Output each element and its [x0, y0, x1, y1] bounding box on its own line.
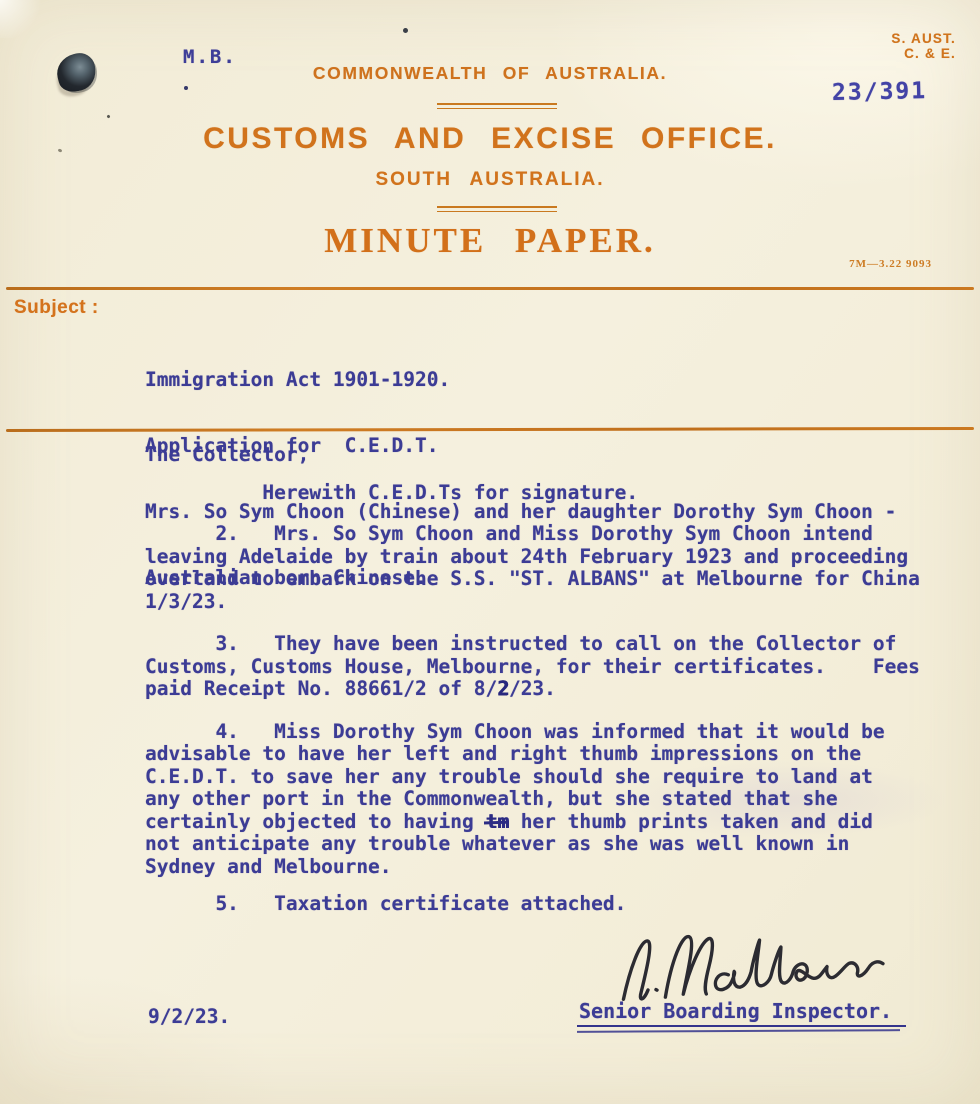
state-code-line1: S. AUST. [891, 31, 956, 46]
overtyped-character: 2 [497, 677, 509, 700]
typed-line: leaving Adelaide by train about 24th Feb… [145, 546, 920, 569]
typed-text: 1/3/23. [145, 590, 227, 613]
typed-text: her thumb prints taken and did [509, 810, 873, 833]
paper-corner-wear [0, 0, 46, 38]
signature-title: Senior Boarding Inspector. [577, 999, 906, 1027]
office-title: CUSTOMS AND EXCISE OFFICE. [0, 122, 980, 156]
typed-text: Customs, Customs House, Melbourne, for t… [145, 655, 920, 678]
subject-label: Subject : [14, 297, 99, 319]
typed-line: any other port in the Commonwealth, but … [145, 788, 920, 811]
typed-text: C.E.D.T. to save her any trouble should … [145, 765, 873, 788]
typed-line: paid Receipt No. 88661/2 of 8/2/23. [145, 678, 920, 701]
typed-text: 5. Taxation certificate attached. [145, 892, 626, 915]
document-title: MINUTE PAPER. [0, 221, 980, 261]
typed-line: 1/3/23. [145, 591, 920, 614]
typed-text: advisable to have her left and right thu… [145, 742, 861, 765]
typed-line: advisable to have her left and right thu… [145, 743, 920, 766]
paper-speck [184, 86, 188, 90]
paragraph: 5. Taxation certificate attached. [145, 893, 920, 916]
typed-line: The Collector, [145, 444, 920, 467]
typed-line: 5. Taxation certificate attached. [145, 893, 920, 916]
subject-line: Immigration Act 1901-1920. [145, 369, 896, 391]
office-subtitle: SOUTH AUSTRALIA. [0, 169, 980, 191]
typed-line: overland to embark on the S.S. "ST. ALBA… [145, 568, 920, 591]
ornamental-divider [437, 103, 557, 109]
typed-text: overland to embark on the S.S. "ST. ALBA… [145, 567, 920, 590]
date-line: 9/2/23. [148, 1005, 230, 1028]
ornamental-divider [437, 206, 557, 212]
typed-text: Sydney and Melbourne. [145, 855, 392, 878]
typed-line: 3. They have been instructed to call on … [145, 633, 920, 656]
typed-line: 4. Miss Dorothy Sym Choon was informed t… [145, 721, 920, 744]
typed-text: paid Receipt No. 88661/2 of 8/ [145, 677, 497, 700]
typed-text: any other port in the Commonwealth, but … [145, 787, 838, 810]
typed-text: The Collector, [145, 443, 309, 466]
typed-text: not anticipate any trouble whatever as s… [145, 832, 849, 855]
typed-line: Sydney and Melbourne. [145, 856, 920, 879]
typed-text: leaving Adelaide by train about 24th Feb… [145, 545, 908, 568]
paragraph: 3. They have been instructed to call on … [145, 633, 920, 701]
typed-line: certainly objected to having tm her thum… [145, 811, 920, 834]
typed-text: Herewith C.E.D.Ts for signature. [145, 481, 638, 504]
typed-text: /23. [509, 677, 556, 700]
file-number: 23/391 [832, 78, 928, 106]
paragraph: 2. Mrs. So Sym Choon and Miss Dorothy Sy… [145, 523, 920, 613]
paper-speck [106, 114, 110, 118]
typed-text: 2. Mrs. So Sym Choon and Miss Dorothy Sy… [145, 522, 873, 545]
strikethrough-correction: tm [485, 810, 508, 833]
typed-line: C.E.D.T. to save her any trouble should … [145, 766, 920, 789]
typed-text: certainly objected to having [145, 810, 485, 833]
typed-text: 4. Miss Dorothy Sym Choon was informed t… [145, 720, 885, 743]
typed-text: 3. They have been instructed to call on … [145, 632, 896, 655]
paragraph: The Collector, [145, 444, 920, 467]
form-print-code: 7M—3.22 9093 [849, 258, 932, 270]
paper-speck [403, 28, 408, 33]
paragraph: Herewith C.E.D.Ts for signature. [145, 482, 920, 505]
typed-line: not anticipate any trouble whatever as s… [145, 833, 920, 856]
horizontal-rule [6, 287, 974, 290]
minute-paper-document: M.B. S. AUST. C. & E. COMMONWEALTH OF AU… [0, 0, 980, 1104]
paragraph: 4. Miss Dorothy Sym Choon was informed t… [145, 721, 920, 879]
typed-line: 2. Mrs. So Sym Choon and Miss Dorothy Sy… [145, 523, 920, 546]
state-office-code: S. AUST. C. & E. [891, 31, 956, 61]
typed-line: Customs, Customs House, Melbourne, for t… [145, 656, 920, 679]
state-code-line2: C. & E. [891, 46, 956, 61]
typed-line: Herewith C.E.D.Ts for signature. [145, 482, 920, 505]
typed-body: The Collector, Herewith C.E.D.Ts for sig… [145, 444, 920, 916]
